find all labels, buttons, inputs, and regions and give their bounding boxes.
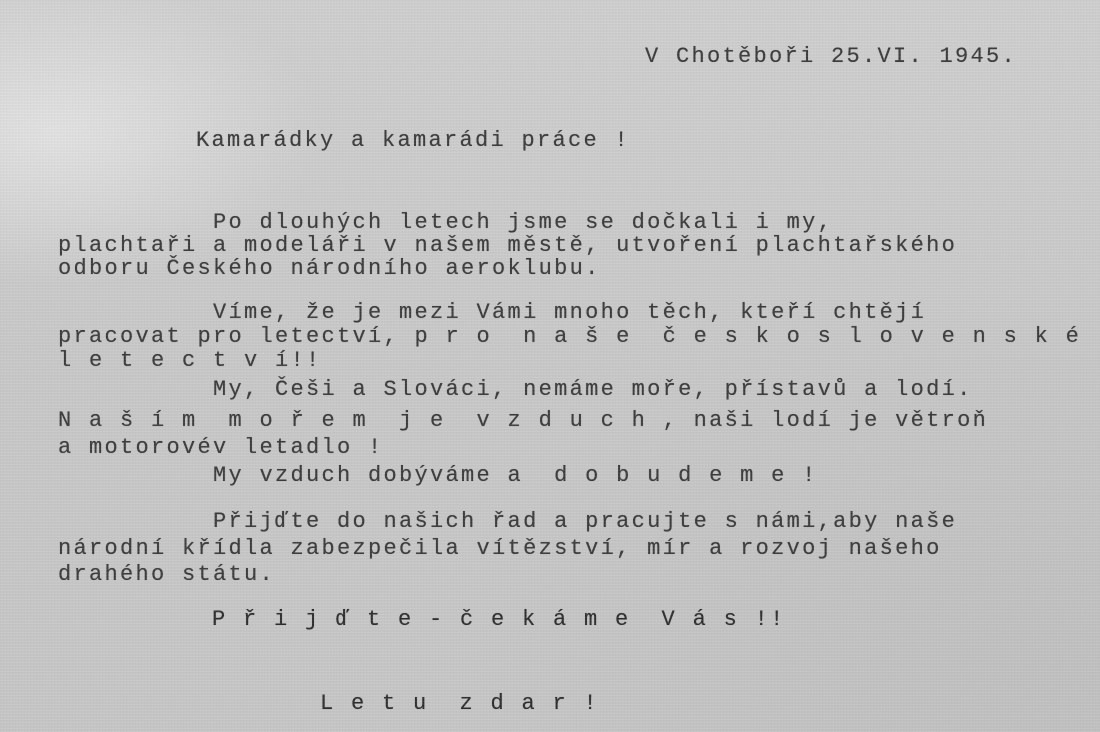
body-line: My vzduch dobýváme a d o b u d e m e !	[58, 465, 818, 487]
body-line: pracovat pro letectví, p r o n a š e č e…	[58, 326, 1081, 348]
body-line: N a š í m m o ř e m j e v z d u c h , na…	[58, 410, 988, 432]
salutation: Kamarádky a kamarádi práce !	[196, 130, 630, 152]
call-to-action: P ř i j ď t e - č e k á m e V á s !!	[212, 609, 786, 631]
place-and-date: V Chotěboři 25.VI. 1945.	[645, 46, 1017, 68]
body-line: národní křídla zabezpečila vítězství, mí…	[58, 538, 942, 560]
body-line: My, Češi a Slováci, nemáme moře, přístav…	[58, 379, 973, 401]
body-line: Přijďte do našich řad a pracujte s námi,…	[58, 511, 957, 533]
letter-paper: V Chotěboři 25.VI. 1945. Kamarádky a kam…	[0, 0, 1100, 732]
body-line: Víme, že je mezi Vámi mnoho těch, kteří …	[58, 302, 926, 324]
closing: L e t u z d a r !	[320, 693, 599, 715]
body-line: drahého státu.	[58, 564, 275, 586]
body-line: a motorovév letadlo !	[58, 437, 384, 459]
body-line: odboru Českého národního aeroklubu.	[58, 258, 601, 280]
body-line: l e t e c t v í!!	[58, 350, 322, 372]
body-line: plachtaři a modeláři v našem městě, utvo…	[58, 235, 957, 257]
body-line: Po dlouhých letech jsme se dočkali i my,	[58, 212, 833, 234]
